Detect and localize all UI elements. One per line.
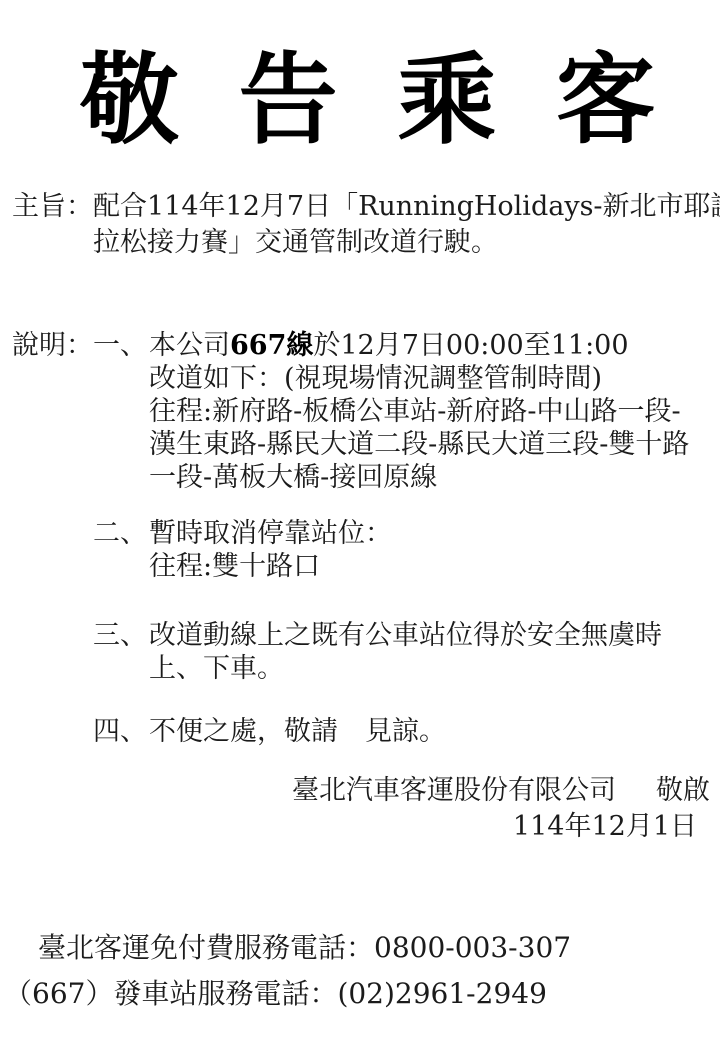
subject-block: 主旨： 配合114年12月7日「RunningHolidays-新北市耶誕馬 拉… bbox=[12, 189, 720, 261]
subject-line: 拉松接力賽」交通管制改道行駛。 bbox=[93, 225, 720, 261]
signature-date: 114年12月1日 bbox=[292, 809, 710, 845]
item-lines: 本公司667線於12月7日00:00至11:00 改道如下：(視現場情況調整管制… bbox=[149, 329, 689, 494]
explanation-block: 說明： 一、 本公司667線於12月7日00:00至11:00 改道如下：(視現… bbox=[12, 329, 689, 748]
explanation-item: 四、 不便之處，敬請 見諒。 bbox=[93, 715, 689, 748]
signature-company: 臺北汽車客運股份有限公司 bbox=[292, 775, 616, 806]
route-667-bold: 667線 bbox=[230, 330, 313, 361]
item-line: 改道如下：(視現場情況調整管制時間) bbox=[149, 362, 689, 395]
explanation-item: 三、 改道動線上之既有公車站位得於安全無虞時 上、下車。 bbox=[93, 619, 689, 685]
title-char: 乘 bbox=[397, 50, 496, 150]
item-line: 一段-萬板大橋-接回原線 bbox=[149, 461, 689, 494]
subject-content: 配合114年12月7日「RunningHolidays-新北市耶誕馬 拉松接力賽… bbox=[93, 189, 720, 261]
item-line: 往程:新府路-板橋公車站-新府路-中山路一段- bbox=[149, 395, 689, 428]
item-lines: 不便之處，敬請 見諒。 bbox=[149, 715, 446, 748]
item-line: 本公司667線於12月7日00:00至11:00 bbox=[149, 329, 689, 362]
item-line: 不便之處，敬請 見諒。 bbox=[149, 715, 446, 748]
explanation-items: 一、 本公司667線於12月7日00:00至11:00 改道如下：(視現場情況調… bbox=[93, 329, 689, 748]
title-char: 敬 bbox=[80, 50, 179, 150]
footer-station-line: （667）發車站服務電話：(02)2961-2949 bbox=[4, 976, 720, 1012]
signature-closing: 敬啟 bbox=[656, 775, 710, 806]
route-line-pre: 本公司 bbox=[149, 330, 230, 361]
item-line: 往程:雙十路口 bbox=[149, 550, 392, 583]
signature-line: 臺北汽車客運股份有限公司敬啟 bbox=[292, 773, 710, 809]
item-number: 一、 bbox=[93, 329, 149, 494]
notice-title: 敬 告 乘 客 bbox=[80, 50, 655, 150]
item-lines: 暫時取消停靠站位： 往程:雙十路口 bbox=[149, 517, 392, 583]
route-line-post: 於12月7日00:00至11:00 bbox=[313, 330, 628, 361]
item-lines: 改道動線上之既有公車站位得於安全無虞時 上、下車。 bbox=[149, 619, 662, 685]
title-char: 告 bbox=[239, 50, 338, 150]
footer-block: 臺北客運免付費服務電話：0800-003-307 （667）發車站服務電話：(0… bbox=[0, 930, 720, 1012]
item-line: 上、下車。 bbox=[149, 652, 662, 685]
subject-line: 配合114年12月7日「RunningHolidays-新北市耶誕馬 bbox=[93, 189, 720, 225]
signature-block: 臺北汽車客運股份有限公司敬啟 114年12月1日 bbox=[292, 773, 710, 845]
explanation-label: 說明： bbox=[12, 329, 93, 748]
explanation-item: 一、 本公司667線於12月7日00:00至11:00 改道如下：(視現場情況調… bbox=[93, 329, 689, 494]
item-number: 三、 bbox=[93, 619, 149, 685]
item-number: 四、 bbox=[93, 715, 149, 748]
item-line: 改道動線上之既有公車站位得於安全無虞時 bbox=[149, 619, 662, 652]
explanation-item: 二、 暫時取消停靠站位： 往程:雙十路口 bbox=[93, 517, 689, 583]
item-line: 漢生東路-縣民大道二段-縣民大道三段-雙十路 bbox=[149, 428, 689, 461]
item-line: 暫時取消停靠站位： bbox=[149, 517, 392, 550]
item-number: 二、 bbox=[93, 517, 149, 583]
title-char: 客 bbox=[556, 50, 655, 150]
subject-label: 主旨： bbox=[12, 189, 93, 261]
footer-toll-free-line: 臺北客運免付費服務電話：0800-003-307 bbox=[38, 930, 720, 966]
